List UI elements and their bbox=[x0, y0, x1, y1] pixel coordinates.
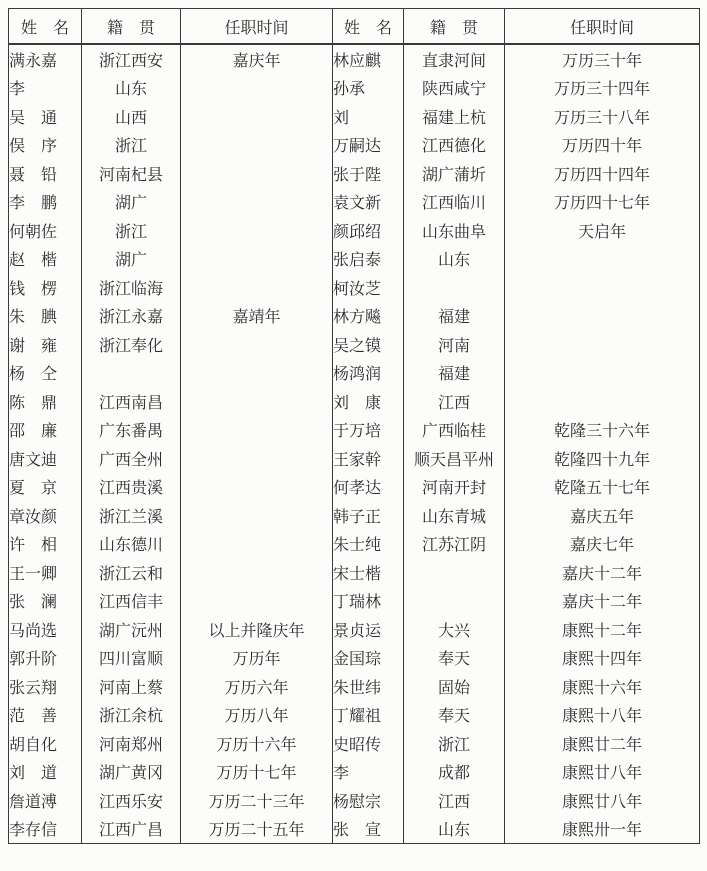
name-cell: 吴 通 bbox=[9, 102, 82, 131]
native-place-cell: 四川富顺 bbox=[82, 644, 181, 673]
native-place-cell: 浙江云和 bbox=[82, 558, 181, 587]
name-cell: 颜邱绍 bbox=[333, 216, 404, 245]
tenure-cell: 康熙十八年 bbox=[505, 701, 700, 730]
native-place-cell: 山东青城 bbox=[404, 501, 505, 530]
name-cell: 朱 腆 bbox=[9, 302, 82, 331]
native-place-cell: 大兴 bbox=[404, 615, 505, 644]
native-place-cell: 江西广昌 bbox=[82, 815, 181, 844]
native-place-cell: 浙江 bbox=[404, 729, 505, 758]
header-tenure-right: 任职时间 bbox=[505, 9, 700, 45]
native-place-cell: 福建上杭 bbox=[404, 102, 505, 131]
native-place-cell: 湖广 bbox=[82, 245, 181, 274]
header-name-right: 姓 名 bbox=[333, 9, 404, 45]
table-row: 钱 楞浙江临海柯汝芝 bbox=[9, 273, 700, 302]
name-cell: 杨 仝 bbox=[9, 359, 82, 388]
native-place-cell: 浙江临海 bbox=[82, 273, 181, 302]
name-cell: 丁瑞林 bbox=[333, 587, 404, 616]
tenure-cell bbox=[505, 273, 700, 302]
tenure-cell bbox=[181, 159, 333, 188]
tenure-cell bbox=[181, 473, 333, 502]
name-cell: 孙承 bbox=[333, 74, 404, 103]
tenure-cell: 康熙廿二年 bbox=[505, 729, 700, 758]
name-cell: 丁耀祖 bbox=[333, 701, 404, 730]
tenure-cell: 万历二十五年 bbox=[181, 815, 333, 844]
native-place-cell: 河南杞县 bbox=[82, 159, 181, 188]
header-native-place-left: 籍 贯 bbox=[82, 9, 181, 45]
tenure-cell: 万历四十四年 bbox=[505, 159, 700, 188]
native-place-cell: 河南郑州 bbox=[82, 729, 181, 758]
native-place-cell: 奉天 bbox=[404, 644, 505, 673]
name-cell: 李 bbox=[333, 758, 404, 787]
name-cell: 何朝佐 bbox=[9, 216, 82, 245]
name-cell: 刘 bbox=[333, 102, 404, 131]
native-place-cell: 福建 bbox=[404, 302, 505, 331]
tenure-cell: 嘉靖年 bbox=[181, 302, 333, 331]
header-row: 姓 名 籍 贯 任职时间 姓 名 籍 贯 任职时间 bbox=[9, 9, 700, 45]
tenure-cell: 万历六年 bbox=[181, 672, 333, 701]
native-place-cell: 成都 bbox=[404, 758, 505, 787]
tenure-cell bbox=[181, 273, 333, 302]
native-place-cell: 广西全州 bbox=[82, 444, 181, 473]
tenure-cell bbox=[181, 444, 333, 473]
table-row: 张 澜江西信丰丁瑞林嘉庆十二年 bbox=[9, 587, 700, 616]
name-cell: 马尚选 bbox=[9, 615, 82, 644]
table-row: 满永嘉浙江西安嘉庆年林应麒直隶河间万历三十年 bbox=[9, 44, 700, 74]
tenure-cell: 万历八年 bbox=[181, 701, 333, 730]
tenure-cell bbox=[181, 501, 333, 530]
table-row: 陈 鼎江西南昌刘 康江西 bbox=[9, 387, 700, 416]
tenure-cell bbox=[181, 216, 333, 245]
native-place-cell: 江苏江阴 bbox=[404, 530, 505, 559]
tenure-cell: 万历十六年 bbox=[181, 729, 333, 758]
native-place-cell: 浙江余杭 bbox=[82, 701, 181, 730]
name-cell: 郭升阶 bbox=[9, 644, 82, 673]
tenure-cell: 乾隆五十七年 bbox=[505, 473, 700, 502]
table-row: 唐文迪广西全州王家幹顺天昌平州乾隆四十九年 bbox=[9, 444, 700, 473]
tenure-cell bbox=[505, 387, 700, 416]
native-place-cell: 江西 bbox=[404, 786, 505, 815]
tenure-cell: 康熙十四年 bbox=[505, 644, 700, 673]
name-cell: 杨慰宗 bbox=[333, 786, 404, 815]
name-cell: 张启泰 bbox=[333, 245, 404, 274]
name-cell: 张 澜 bbox=[9, 587, 82, 616]
name-cell: 詹道溥 bbox=[9, 786, 82, 815]
native-place-cell: 广西临桂 bbox=[404, 416, 505, 445]
name-cell: 王一卿 bbox=[9, 558, 82, 587]
tenure-cell bbox=[505, 245, 700, 274]
tenure-cell: 以上并隆庆年 bbox=[181, 615, 333, 644]
native-place-cell: 江西乐安 bbox=[82, 786, 181, 815]
name-cell: 韩子正 bbox=[333, 501, 404, 530]
native-place-cell: 山东 bbox=[82, 74, 181, 103]
name-cell: 邵 廉 bbox=[9, 416, 82, 445]
native-place-cell: 山东德川 bbox=[82, 530, 181, 559]
table-body: 满永嘉浙江西安嘉庆年林应麒直隶河间万历三十年李山东孙承陕西咸宁万历三十四年吴 通… bbox=[9, 44, 700, 844]
name-cell: 俣 序 bbox=[9, 131, 82, 160]
tenure-cell bbox=[181, 74, 333, 103]
name-cell: 李存信 bbox=[9, 815, 82, 844]
tenure-cell: 康熙十二年 bbox=[505, 615, 700, 644]
native-place-cell: 湖广 bbox=[82, 188, 181, 217]
native-place-cell: 浙江 bbox=[82, 216, 181, 245]
tenure-cell: 万历四十年 bbox=[505, 131, 700, 160]
table-row: 詹道溥江西乐安万历二十三年杨慰宗江西康熙廿八年 bbox=[9, 786, 700, 815]
name-cell: 胡自化 bbox=[9, 729, 82, 758]
native-place-cell bbox=[82, 359, 181, 388]
tenure-cell bbox=[181, 188, 333, 217]
native-place-cell: 福建 bbox=[404, 359, 505, 388]
native-place-cell: 河南开封 bbox=[404, 473, 505, 502]
name-cell: 陈 鼎 bbox=[9, 387, 82, 416]
official-roster-table: 姓 名 籍 贯 任职时间 姓 名 籍 贯 任职时间 满永嘉浙江西安嘉庆年林应麒直… bbox=[8, 8, 700, 844]
tenure-cell: 万历三十四年 bbox=[505, 74, 700, 103]
native-place-cell: 浙江 bbox=[82, 131, 181, 160]
tenure-cell: 康熙廿八年 bbox=[505, 786, 700, 815]
table-row: 吴 通山西刘福建上杭万历三十八年 bbox=[9, 102, 700, 131]
table-row: 邵 廉广东番禺于万培广西临桂乾隆三十六年 bbox=[9, 416, 700, 445]
name-cell: 聂 铅 bbox=[9, 159, 82, 188]
tenure-cell: 万历三十八年 bbox=[505, 102, 700, 131]
table-row: 夏 京江西贵溪何孝达河南开封乾隆五十七年 bbox=[9, 473, 700, 502]
table-row: 聂 铅河南杞县张于陛湖广蒲圻万历四十四年 bbox=[9, 159, 700, 188]
name-cell: 杨鸿润 bbox=[333, 359, 404, 388]
native-place-cell bbox=[404, 273, 505, 302]
table-row: 何朝佐浙江颜邱绍山东曲阜天启年 bbox=[9, 216, 700, 245]
tenure-cell: 嘉庆七年 bbox=[505, 530, 700, 559]
name-cell: 柯汝芝 bbox=[333, 273, 404, 302]
table-row: 许 相山东德川朱士纯江苏江阴嘉庆七年 bbox=[9, 530, 700, 559]
name-cell: 章汝颜 bbox=[9, 501, 82, 530]
table-header: 姓 名 籍 贯 任职时间 姓 名 籍 贯 任职时间 bbox=[9, 9, 700, 45]
table-row: 范 善浙江余杭万历八年丁耀祖奉天康熙十八年 bbox=[9, 701, 700, 730]
table-row: 郭升阶四川富顺万历年金国琮奉天康熙十四年 bbox=[9, 644, 700, 673]
name-cell: 许 相 bbox=[9, 530, 82, 559]
tenure-cell bbox=[181, 330, 333, 359]
native-place-cell: 奉天 bbox=[404, 701, 505, 730]
tenure-cell: 万历十七年 bbox=[181, 758, 333, 787]
tenure-cell: 康熙卅一年 bbox=[505, 815, 700, 844]
scanned-page: 姓 名 籍 贯 任职时间 姓 名 籍 贯 任职时间 满永嘉浙江西安嘉庆年林应麒直… bbox=[0, 0, 707, 871]
tenure-cell: 乾隆三十六年 bbox=[505, 416, 700, 445]
native-place-cell: 河南 bbox=[404, 330, 505, 359]
tenure-cell: 乾隆四十九年 bbox=[505, 444, 700, 473]
name-cell: 史昭传 bbox=[333, 729, 404, 758]
tenure-cell: 嘉庆十二年 bbox=[505, 587, 700, 616]
tenure-cell: 康熙廿八年 bbox=[505, 758, 700, 787]
name-cell: 刘 道 bbox=[9, 758, 82, 787]
name-cell: 夏 京 bbox=[9, 473, 82, 502]
tenure-cell bbox=[181, 387, 333, 416]
native-place-cell bbox=[404, 587, 505, 616]
tenure-cell: 嘉庆年 bbox=[181, 44, 333, 74]
table-row: 张云翔河南上蔡万历六年朱世纬固始康熙十六年 bbox=[9, 672, 700, 701]
name-cell: 唐文迪 bbox=[9, 444, 82, 473]
native-place-cell: 陕西咸宁 bbox=[404, 74, 505, 103]
name-cell: 宋士楷 bbox=[333, 558, 404, 587]
name-cell: 李 鹏 bbox=[9, 188, 82, 217]
header-name-left: 姓 名 bbox=[9, 9, 82, 45]
table-row: 朱 腆浙江永嘉嘉靖年林方飚福建 bbox=[9, 302, 700, 331]
name-cell: 吴之镆 bbox=[333, 330, 404, 359]
tenure-cell bbox=[181, 530, 333, 559]
name-cell: 张 宣 bbox=[333, 815, 404, 844]
native-place-cell: 湖广沅州 bbox=[82, 615, 181, 644]
tenure-cell: 天启年 bbox=[505, 216, 700, 245]
name-cell: 范 善 bbox=[9, 701, 82, 730]
table-row: 李 鹏湖广袁文新江西临川万历四十七年 bbox=[9, 188, 700, 217]
name-cell: 金国琮 bbox=[333, 644, 404, 673]
table-row: 杨 仝杨鸿润福建 bbox=[9, 359, 700, 388]
native-place-cell: 山东曲阜 bbox=[404, 216, 505, 245]
tenure-cell: 万历三十年 bbox=[505, 44, 700, 74]
table-row: 刘 道湖广黄冈万历十七年李成都康熙廿八年 bbox=[9, 758, 700, 787]
native-place-cell: 浙江西安 bbox=[82, 44, 181, 74]
native-place-cell: 江西信丰 bbox=[82, 587, 181, 616]
tenure-cell: 康熙十六年 bbox=[505, 672, 700, 701]
native-place-cell: 固始 bbox=[404, 672, 505, 701]
table-row: 马尚选湖广沅州以上并隆庆年景贞运大兴康熙十二年 bbox=[9, 615, 700, 644]
name-cell: 李 bbox=[9, 74, 82, 103]
native-place-cell: 广东番禺 bbox=[82, 416, 181, 445]
tenure-cell: 万历年 bbox=[181, 644, 333, 673]
native-place-cell: 山西 bbox=[82, 102, 181, 131]
header-native-place-right: 籍 贯 bbox=[404, 9, 505, 45]
name-cell: 林方飚 bbox=[333, 302, 404, 331]
tenure-cell bbox=[505, 359, 700, 388]
name-cell: 景贞运 bbox=[333, 615, 404, 644]
table-row: 赵 楷湖广张启泰山东 bbox=[9, 245, 700, 274]
name-cell: 何孝达 bbox=[333, 473, 404, 502]
tenure-cell bbox=[181, 102, 333, 131]
tenure-cell bbox=[181, 245, 333, 274]
name-cell: 于万培 bbox=[333, 416, 404, 445]
tenure-cell: 万历二十三年 bbox=[181, 786, 333, 815]
table-row: 王一卿浙江云和宋士楷嘉庆十二年 bbox=[9, 558, 700, 587]
tenure-cell bbox=[181, 131, 333, 160]
native-place-cell: 浙江永嘉 bbox=[82, 302, 181, 331]
table-row: 俣 序浙江万嗣达江西德化万历四十年 bbox=[9, 131, 700, 160]
native-place-cell: 浙江兰溪 bbox=[82, 501, 181, 530]
name-cell: 赵 楷 bbox=[9, 245, 82, 274]
name-cell: 王家幹 bbox=[333, 444, 404, 473]
name-cell: 袁文新 bbox=[333, 188, 404, 217]
tenure-cell: 嘉庆五年 bbox=[505, 501, 700, 530]
table-row: 谢 雍浙江奉化吴之镆河南 bbox=[9, 330, 700, 359]
tenure-cell: 万历四十七年 bbox=[505, 188, 700, 217]
native-place-cell bbox=[404, 558, 505, 587]
tenure-cell bbox=[505, 330, 700, 359]
header-tenure-left: 任职时间 bbox=[181, 9, 333, 45]
native-place-cell: 江西贵溪 bbox=[82, 473, 181, 502]
table-row: 章汝颜浙江兰溪韩子正山东青城嘉庆五年 bbox=[9, 501, 700, 530]
native-place-cell: 顺天昌平州 bbox=[404, 444, 505, 473]
table-row: 胡自化河南郑州万历十六年史昭传浙江康熙廿二年 bbox=[9, 729, 700, 758]
native-place-cell: 江西德化 bbox=[404, 131, 505, 160]
name-cell: 张于陛 bbox=[333, 159, 404, 188]
name-cell: 谢 雍 bbox=[9, 330, 82, 359]
native-place-cell: 山东 bbox=[404, 815, 505, 844]
native-place-cell: 浙江奉化 bbox=[82, 330, 181, 359]
native-place-cell: 江西临川 bbox=[404, 188, 505, 217]
native-place-cell: 直隶河间 bbox=[404, 44, 505, 74]
name-cell: 林应麒 bbox=[333, 44, 404, 74]
tenure-cell bbox=[181, 359, 333, 388]
native-place-cell: 湖广黄冈 bbox=[82, 758, 181, 787]
name-cell: 朱世纬 bbox=[333, 672, 404, 701]
name-cell: 朱士纯 bbox=[333, 530, 404, 559]
tenure-cell: 嘉庆十二年 bbox=[505, 558, 700, 587]
name-cell: 钱 楞 bbox=[9, 273, 82, 302]
table-row: 李山东孙承陕西咸宁万历三十四年 bbox=[9, 74, 700, 103]
native-place-cell: 江西南昌 bbox=[82, 387, 181, 416]
native-place-cell: 江西 bbox=[404, 387, 505, 416]
native-place-cell: 山东 bbox=[404, 245, 505, 274]
native-place-cell: 湖广蒲圻 bbox=[404, 159, 505, 188]
tenure-cell bbox=[181, 416, 333, 445]
tenure-cell bbox=[181, 558, 333, 587]
name-cell: 满永嘉 bbox=[9, 44, 82, 74]
table-row: 李存信江西广昌万历二十五年张 宣山东康熙卅一年 bbox=[9, 815, 700, 844]
name-cell: 万嗣达 bbox=[333, 131, 404, 160]
native-place-cell: 河南上蔡 bbox=[82, 672, 181, 701]
tenure-cell bbox=[181, 587, 333, 616]
name-cell: 张云翔 bbox=[9, 672, 82, 701]
name-cell: 刘 康 bbox=[333, 387, 404, 416]
tenure-cell bbox=[505, 302, 700, 331]
